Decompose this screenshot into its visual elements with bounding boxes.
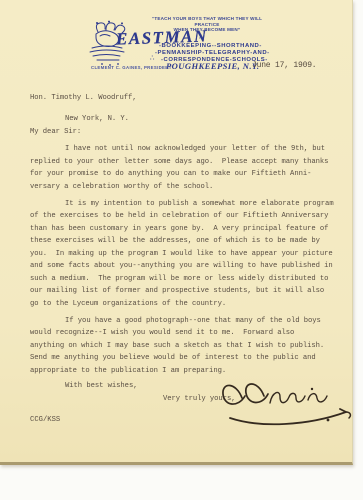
letter-paper: “TEACH YOUR BOYS THAT WHICH THEY WILL PR… xyxy=(0,0,353,465)
body-line: replied to your other letter some days a… xyxy=(30,156,345,169)
triple-dot-ornament: ∴ xyxy=(150,54,154,62)
body-line: than has been customary in years gone by… xyxy=(30,223,345,236)
signature-name: C. C. Gaines xyxy=(0,0,1,1)
letterhead-location: POUGHKEEPSIE, N.Y. xyxy=(166,61,259,71)
body-line: versary a celebration worthy of the scho… xyxy=(30,181,345,194)
letter-date: June 17, 1909. xyxy=(252,61,316,70)
body-line: Send me anything you believe would be of… xyxy=(30,352,345,365)
salutation: My dear Sir: xyxy=(30,126,345,139)
scanned-letter: “TEACH YOUR BOYS THAT WHICH THEY WILL PR… xyxy=(0,0,363,500)
body-line: anything on which I may base such a sket… xyxy=(30,340,345,353)
body-line: I have not until now acknowledged your l… xyxy=(30,143,345,156)
triple-dot-ornament: ∴ xyxy=(199,33,203,41)
signature xyxy=(212,376,357,434)
body-line: for your promise to do anything you can … xyxy=(30,168,345,181)
subjects-line-1: -BOOKKEEPING--SHORTHAND- xyxy=(159,43,270,50)
letterhead-president: CLEMENT C. GAINES, PRESIDENT xyxy=(91,65,172,70)
body-line: go to the Lyceum organizations of the co… xyxy=(30,298,345,311)
recipient-line-2: New York, N. Y. xyxy=(30,113,345,126)
body-line: If you have a good photograph--one that … xyxy=(30,315,345,328)
body-line: of the exercises to be held in celebrati… xyxy=(30,210,345,223)
reference-initials: CCG/KSS xyxy=(30,416,60,424)
body-line: such a medium. The program will be more … xyxy=(30,273,345,286)
subjects-line-2: -PENMANSHIP-TELEGRAPHY-AND- xyxy=(155,50,270,57)
body-line: these exercises will be the addresses, o… xyxy=(30,235,345,248)
body-line: and some facts about you--anything you a… xyxy=(30,260,345,273)
body-line: It is my intention to publish a somewhat… xyxy=(30,198,345,211)
body-line: our mailing list of former and prospecti… xyxy=(30,285,345,298)
body-line: you. In making up the program I would li… xyxy=(30,248,345,261)
body-line: would recognize--I wish you would send i… xyxy=(30,327,345,340)
letter-body: Hon. Timothy L. Woodruff, New York, N. Y… xyxy=(30,92,345,405)
recipient-line-1: Hon. Timothy L. Woodruff, xyxy=(30,92,345,105)
